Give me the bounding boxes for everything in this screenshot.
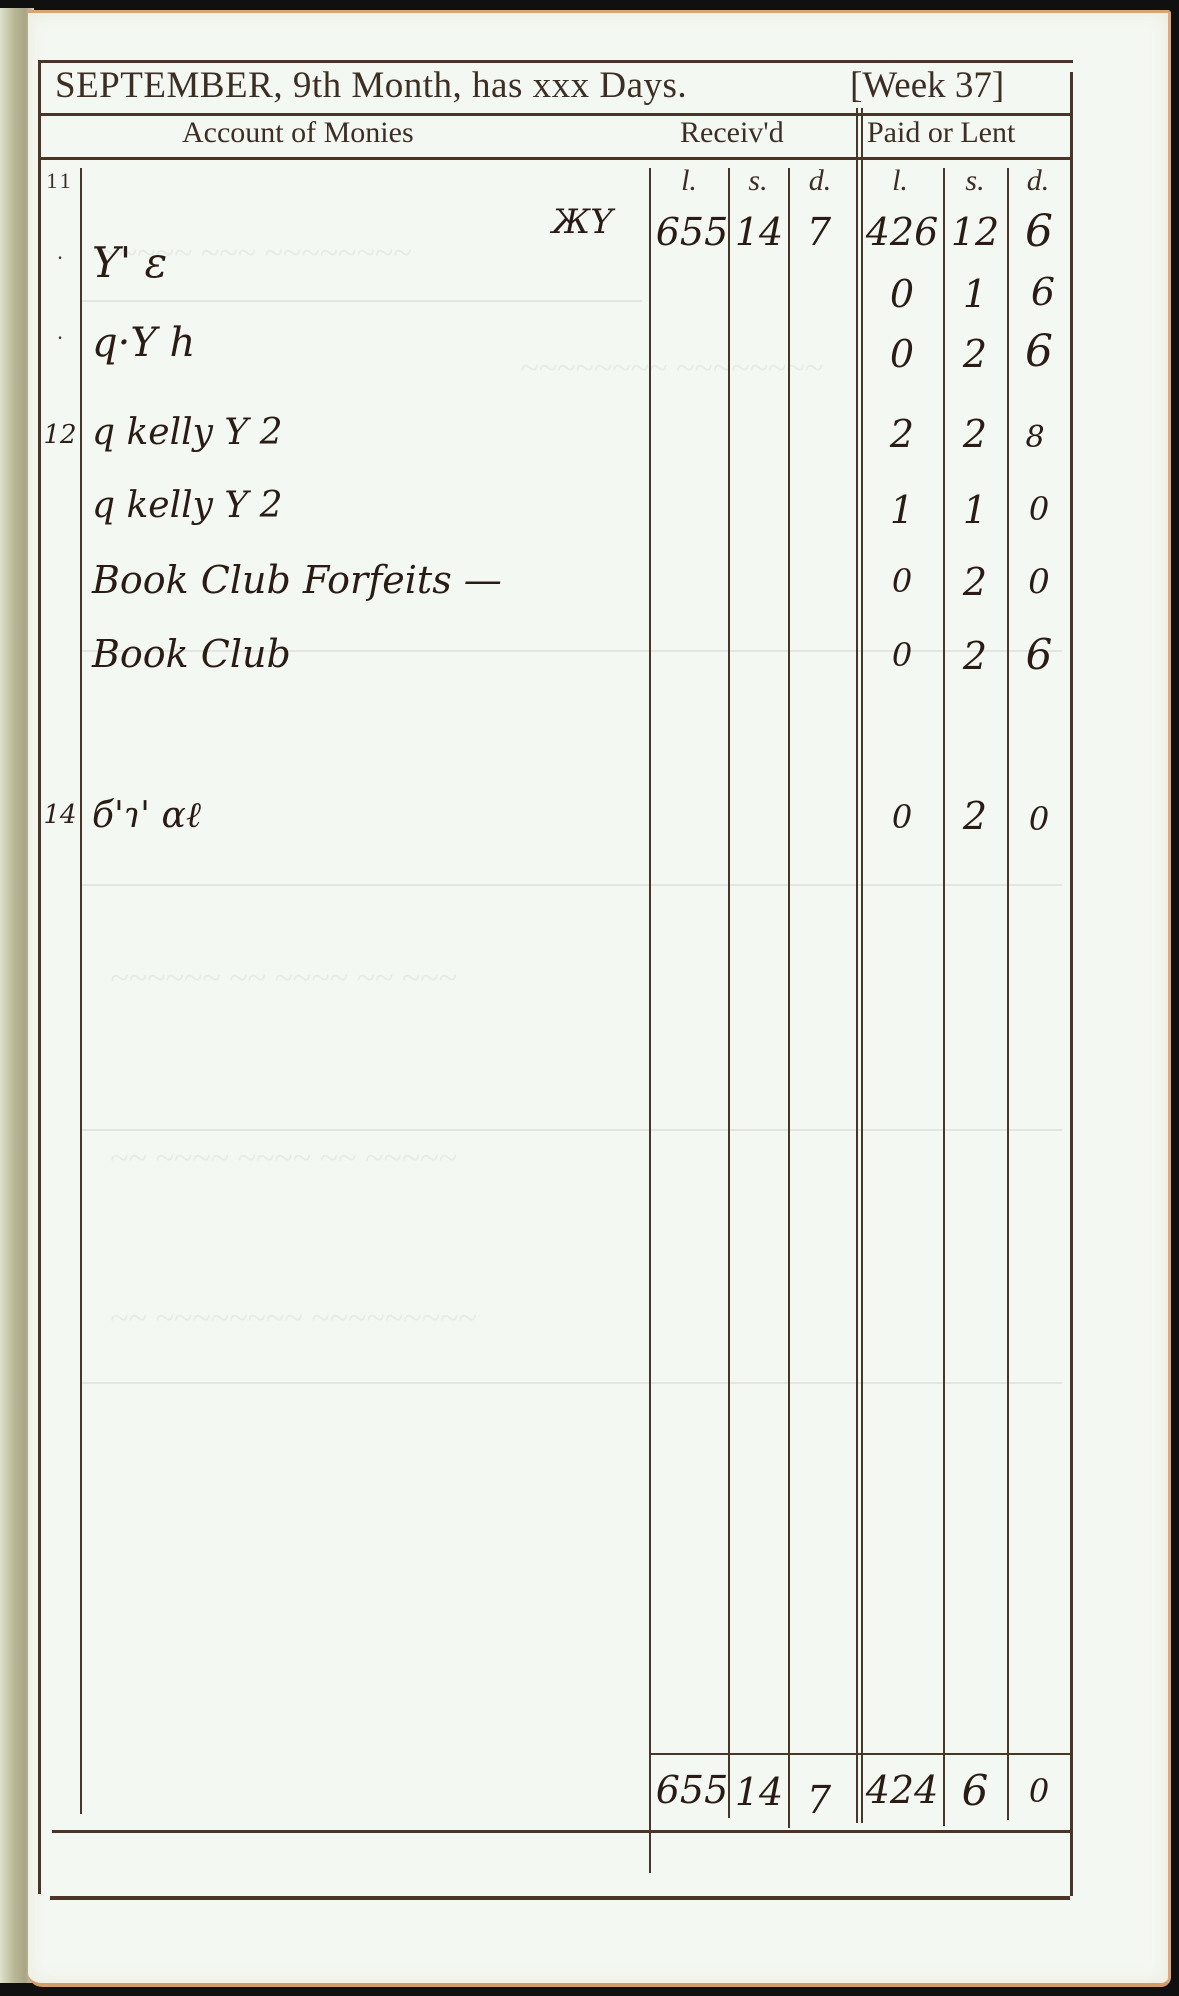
paid-pence: 6 (1004, 326, 1074, 377)
received-pence-unit: d. (790, 164, 850, 198)
received-shillings-unit: s. (728, 164, 788, 198)
entry-description: q kelly Y 2 (92, 485, 283, 526)
paid-pounds: 0 (862, 798, 942, 836)
bleed-through-text: ~~~~~~ ~~ ~~~~ ~~ ~~~ (110, 960, 457, 998)
received-s-divider (728, 168, 730, 1818)
total-paid-pounds: 424 (862, 1768, 942, 1812)
total-paid-shillings: 6 (940, 1766, 1010, 1815)
entry-description: q·Y h (92, 320, 195, 366)
month-title: SEPTEMBER, 9th Month, has xxx Days. (55, 64, 687, 107)
day-number: 14 (42, 800, 78, 830)
paid-pence: 6 (1008, 270, 1078, 314)
paid-pence: 0 (1004, 800, 1074, 838)
carried-forward-mark: ЖY (552, 202, 613, 242)
paid-pounds: 0 (862, 636, 942, 674)
paid-pounds-unit: l. (870, 164, 930, 198)
paid-pounds: 426 (862, 210, 942, 254)
date-column-divider (80, 168, 82, 1814)
total-received-pence: 7 (784, 1778, 854, 1822)
bleed-through-text: ~~ ~~~~~~~~ ~~~~~~~~~ (110, 1300, 477, 1338)
paid-pounds: 0 (862, 272, 942, 316)
paid-pence: 6 (1004, 206, 1074, 257)
column-header-divider (40, 157, 1070, 160)
received-d-divider (788, 168, 790, 1828)
day-number: 12 (42, 420, 78, 450)
paid-pence-unit: d. (1008, 164, 1068, 198)
bleed-through-text: ~~~~~~~~ ~~~~~~~~ (520, 350, 823, 388)
day-number: 11 (42, 168, 78, 194)
paid-or-lent-heading: Paid or Lent (867, 116, 1015, 150)
paid-pence: 6 (1004, 630, 1074, 679)
week-label: [Week 37] (850, 64, 1004, 107)
paid-shillings: 1 (940, 272, 1010, 316)
received-paid-double-divider-a (856, 108, 858, 1823)
paid-shillings: 2 (940, 794, 1010, 838)
received-pence: 7 (784, 210, 854, 254)
entry-description: q kelly Y 2 (92, 412, 283, 453)
bleed-through-line (82, 300, 642, 302)
entry-description: б'ɿ' ɑℓ (92, 794, 201, 836)
paid-shillings: 2 (940, 560, 1010, 604)
paid-shillings: 1 (940, 488, 1010, 532)
bleed-through-line (82, 884, 1062, 886)
paid-pounds: 2 (862, 412, 942, 456)
page-bottom-rule (50, 1896, 1070, 1900)
paid-pounds: 0 (862, 332, 942, 376)
paid-pounds: 1 (862, 488, 942, 532)
table-bottom-line (52, 1830, 1070, 1833)
paid-pence: 8 (1000, 420, 1070, 455)
total-paid-pence: 0 (1004, 1772, 1074, 1810)
paid-shillings: 2 (940, 332, 1010, 376)
total-received-pounds: 655 (652, 1768, 732, 1812)
paid-shillings-unit: s. (945, 164, 1005, 198)
bleed-through-line (82, 1382, 1062, 1384)
entry-description: Book Club Forfeits — (92, 558, 502, 602)
paid-shillings: 2 (940, 634, 1010, 678)
received-pounds: 655 (652, 210, 732, 254)
paid-pounds: 0 (862, 562, 942, 600)
received-heading: Receiv'd (680, 116, 784, 150)
frame-top-line (40, 60, 1073, 63)
entry-description: Y' ɛ (92, 238, 167, 287)
account-of-monies-heading: Account of Monies (182, 116, 414, 150)
day-marker: · (42, 325, 78, 351)
paid-pence: 0 (1004, 562, 1074, 602)
paid-pence: 0 (1004, 490, 1074, 528)
received-pounds-unit: l. (659, 164, 719, 198)
received-l-divider (649, 168, 651, 1873)
paid-shillings: 12 (940, 210, 1010, 254)
day-marker: · (42, 245, 78, 271)
bleed-through-line (82, 1129, 1062, 1131)
entry-description: Book Club (92, 632, 291, 676)
bleed-through-text: ~~ ~~~~ ~~~~ ~~ ~~~~~ (110, 1140, 457, 1178)
frame-left-border (38, 60, 41, 1894)
